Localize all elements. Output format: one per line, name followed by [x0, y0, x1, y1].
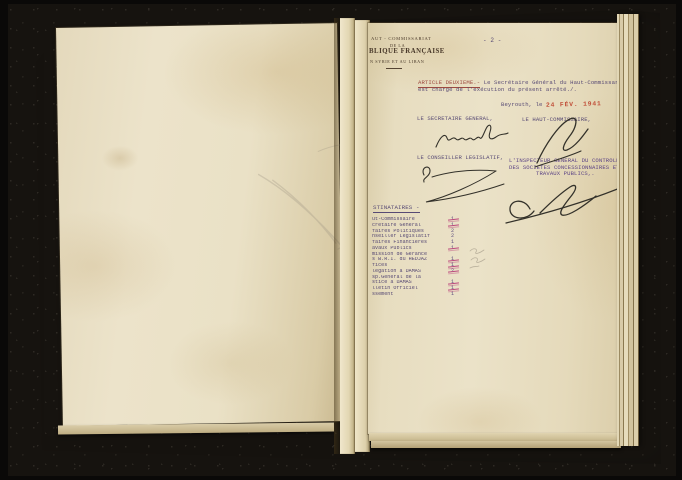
- letterhead-rule: [386, 68, 402, 69]
- destinataires-list: ut-Commissaire1 crétaire Général1 faires…: [372, 217, 482, 298]
- right-page-document: AUT - COMMISSARIAT DE LA BLIQUE FRANÇAIS…: [368, 23, 617, 434]
- archival-book-scan: AUT - COMMISSARIAT DE LA BLIQUE FRANÇAIS…: [0, 0, 682, 480]
- pencil-annotation-marks: [468, 245, 498, 271]
- title-inspecteur-line3: TRAVAUX PUBLICS,.: [536, 171, 595, 178]
- signature-inspecteur-general: [500, 179, 617, 227]
- letterhead-line4: N SYRIE ET AU LIBAN: [370, 59, 424, 66]
- dateline: Beyrouth, le 24 FÉV. 1941: [501, 102, 602, 109]
- page-stack-edges: [617, 14, 639, 446]
- letterhead-line1: AUT - COMMISSARIAT: [371, 36, 432, 43]
- title-conseiller-legislatif: LE CONSEILLER LEGISLATIF,: [417, 155, 503, 162]
- right-page-under-sheet: [369, 433, 619, 441]
- article-line1-rest: Le Secrétaire Général du Haut-Commissari…: [480, 79, 617, 86]
- article-line2: est chargé de l'exécution du présent arr…: [418, 87, 577, 94]
- book-gutter: [334, 18, 370, 454]
- date-stamp: 24 FÉV. 1941: [546, 101, 602, 109]
- page-number: - 2 -: [483, 38, 502, 45]
- right-page-under-sheet-2: [371, 441, 621, 448]
- signature-secretaire-general: [432, 123, 512, 153]
- gutter-fold-leaf: [340, 18, 355, 454]
- left-page: [56, 23, 344, 426]
- destinataire-row: ssement1: [372, 292, 482, 298]
- destinataires-heading: STINATAIRES -: [373, 205, 420, 213]
- dateline-place: Beyrouth, le: [501, 101, 546, 108]
- signature-haut-commissaire: [527, 115, 597, 170]
- signature-conseiller-legislatif: [416, 163, 508, 207]
- title-secretaire-general: LE SECRETAIRE GENERAL,: [417, 116, 493, 123]
- letterhead-line3: BLIQUE FRANÇAISE: [369, 49, 445, 56]
